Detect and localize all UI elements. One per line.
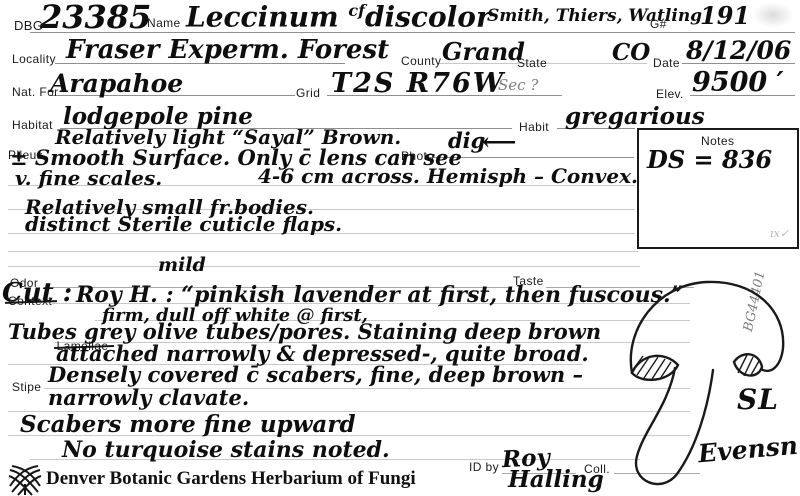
pencil-mark: ıx✓ — [770, 228, 789, 239]
state-label: State — [517, 56, 547, 70]
habit-value: gregarious — [565, 105, 705, 128]
dbg-label: DBG — [14, 18, 43, 33]
dbg-logo-icon — [8, 464, 42, 496]
form-rule — [8, 251, 638, 252]
stipe-line4: No turquoise stains noted. — [62, 439, 390, 461]
name-label: Name — [147, 16, 181, 30]
elevation-label: Elev. — [656, 87, 684, 101]
county-value: Grand — [442, 40, 525, 64]
pileus-line1: Relatively light “Sayal” Brown. — [55, 127, 401, 147]
left-arrow-icon: ⟵ — [482, 130, 516, 154]
notes-box: Notes DS = 836 ıx✓ — [637, 128, 799, 249]
pileus-line5: distinct Sterile cuticle flaps. — [25, 214, 342, 234]
date-value: 8/12/06 — [686, 38, 791, 63]
grid-label: Grid — [296, 86, 320, 100]
paper-smudge — [752, 2, 794, 28]
county-label: County — [401, 54, 441, 68]
date-label: Date — [653, 56, 680, 70]
locality-value: Fraser Experm. Forest — [66, 37, 389, 63]
stipe-line2: narrowly clavate. — [48, 387, 249, 408]
g-number-label: G# — [650, 17, 667, 31]
mushroom-sketch — [612, 268, 800, 496]
grid-value: T2S R76W — [331, 70, 505, 97]
stipe-line1: Densely covered c̄ scabers, fine, deep b… — [48, 364, 583, 385]
state-value: CO — [612, 41, 650, 64]
herbarium-title: Denver Botanic Gardens Herbarium of Fung… — [46, 468, 416, 490]
habitat-label: Habitat — [12, 118, 53, 132]
species: discolor — [365, 0, 491, 33]
tubes-line2: attached narrowly & depressed-, quite br… — [56, 343, 589, 364]
notes-value: DS = 836 — [647, 148, 772, 172]
authority: Smith, Thiers, Watling — [487, 8, 702, 25]
odor-value: mild — [158, 256, 206, 275]
pileus-line3a: v. fine scales. — [15, 168, 162, 188]
cut-line1: Roy H. : “pinkish lavender at first, the… — [76, 284, 683, 306]
accession-number: 23385 — [40, 1, 151, 33]
pileus-line3b: 4-6 cm across. Hemisph – Convex. — [258, 166, 638, 186]
habit-label: Habit — [519, 120, 549, 134]
stipe-label: Stipe — [12, 380, 41, 394]
form-rule — [8, 266, 640, 267]
cut-heading: Cut : — [2, 280, 72, 306]
stipe-line3: Scabers more fine upward — [20, 413, 356, 436]
tubes-line1: Tubes grey olive tubes/pores. Staining d… — [8, 321, 601, 342]
cf-qualifier: cf — [348, 1, 365, 20]
taxon-name: Leccinum cfdiscolor — [186, 3, 491, 31]
id-by-label: ID by — [469, 460, 499, 474]
collector-label: Coll. — [584, 462, 610, 476]
genus: Leccinum — [186, 0, 339, 33]
national-forest-value: Arapahoe — [50, 71, 183, 96]
specimen-card: DBG 23385 Name Leccinum cfdiscolor Smith… — [0, 0, 800, 496]
g-number-value: 191 — [700, 4, 750, 28]
section-note: Sec ? — [498, 78, 538, 93]
elevation-value: 9500 ′ — [692, 69, 784, 96]
locality-label: Locality — [12, 52, 56, 66]
